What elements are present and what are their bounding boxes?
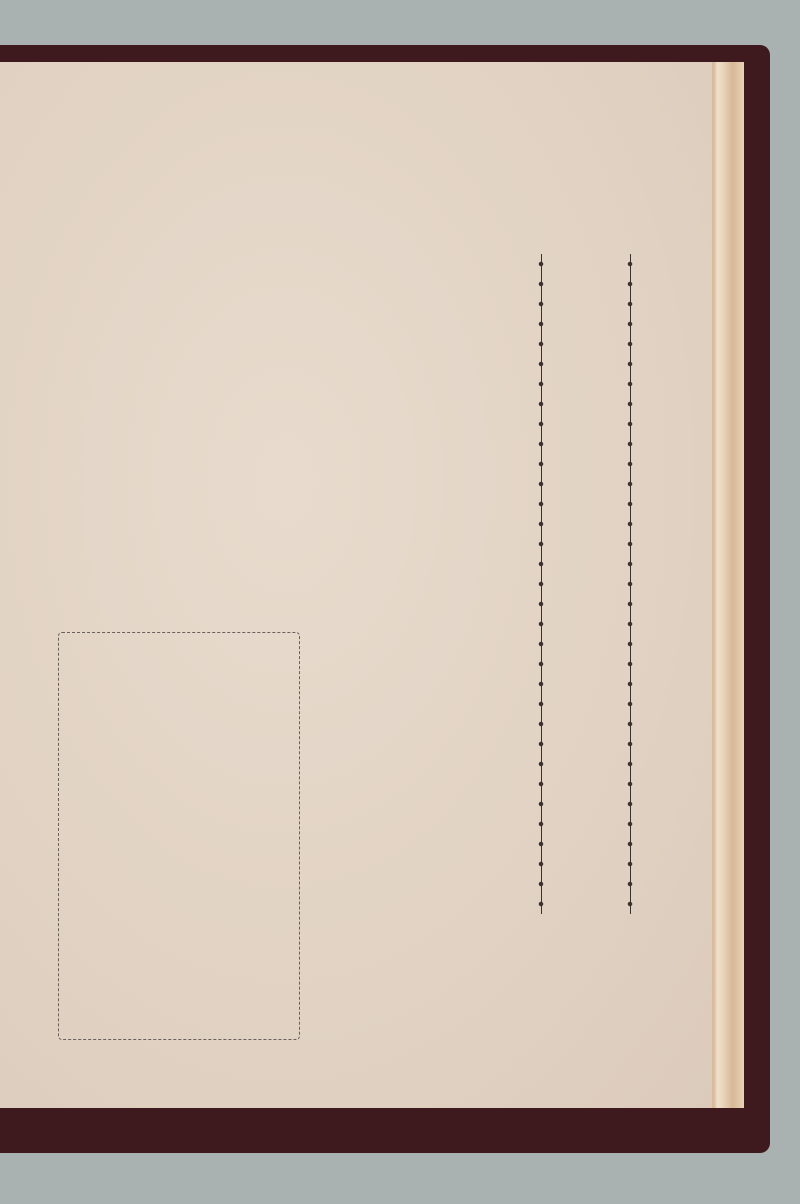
- title-border-left: [537, 254, 545, 914]
- title-border-right: [626, 254, 634, 914]
- notice-paragraph-1: [192, 660, 252, 1020]
- notice-paragraph-2: [66, 660, 191, 1020]
